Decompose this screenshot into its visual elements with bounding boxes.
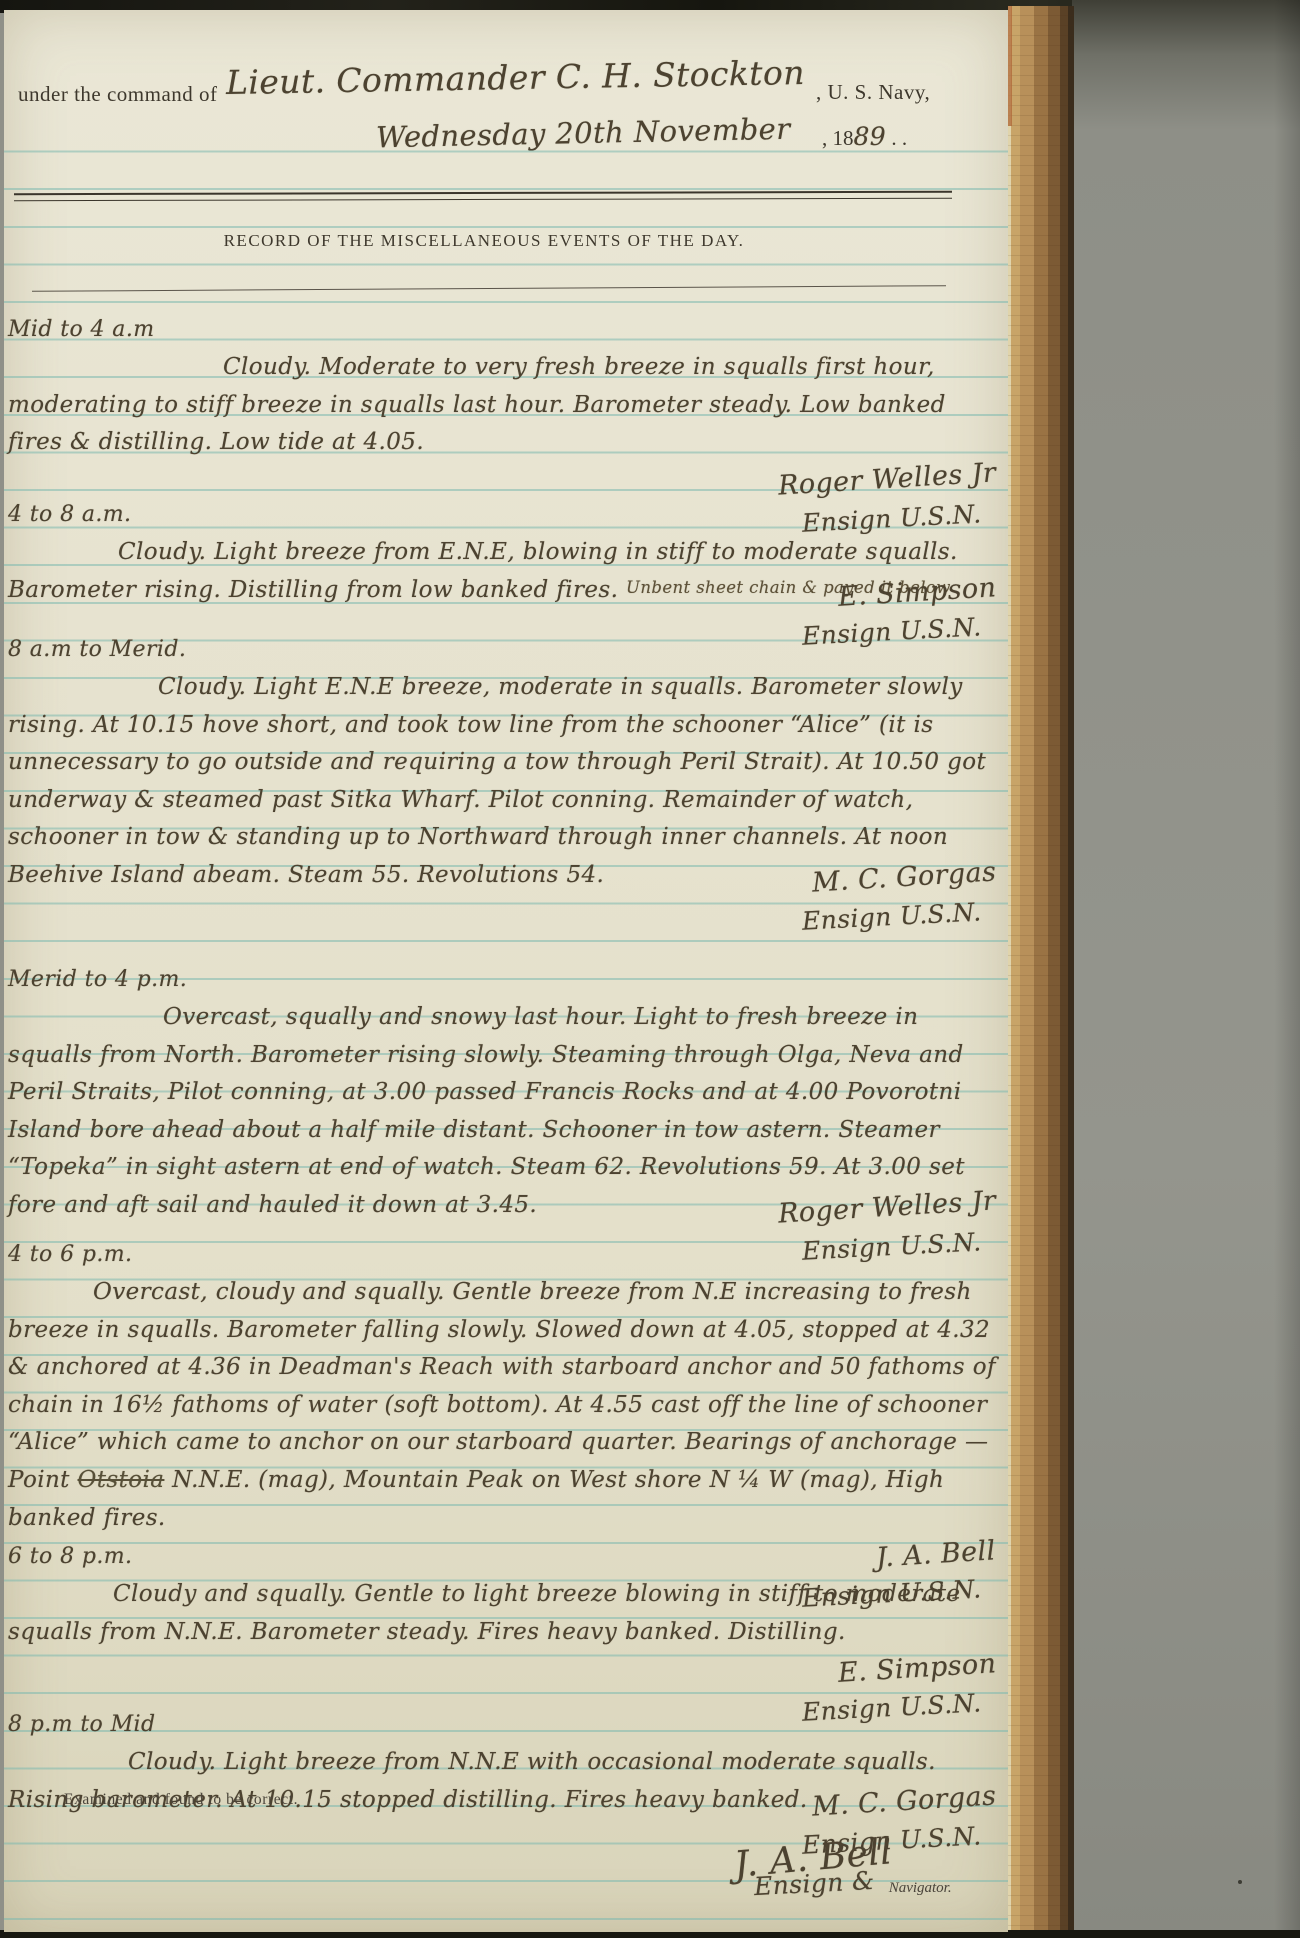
entry-text: Overcast, cloudy and squally. Gentle bre… — [8, 1274, 1006, 1537]
printed-year-dots: . . — [886, 126, 907, 150]
navigator-signature-block: J. A. Bell Ensign &Navigator. — [694, 1838, 994, 1898]
photo-background-right — [1072, 0, 1300, 1938]
watch-period-label: 6 to 8 p.m. — [8, 1544, 1006, 1576]
entry-text-main: Overcast, cloudy and squally. Gentle bre… — [8, 1279, 996, 1493]
logbook-page: under the command of Lieut. Commander C.… — [4, 10, 1008, 1932]
year-line: , 1889 . . — [822, 122, 907, 151]
entry-text-main: Overcast, squally and snowy last hour. L… — [8, 1004, 965, 1218]
navigator-signature-rank: Ensign & — [753, 1866, 875, 1901]
watch-period-label: 8 a.m to Merid. — [8, 637, 1006, 669]
entry-text: Cloudy. Moderate to very fresh breeze in… — [8, 349, 1006, 462]
signature-rank: Ensign U.S.N. — [802, 894, 983, 939]
printed-navigator-label: Navigator. — [889, 1880, 952, 1897]
entry-text-struck-word: Otstoia — [78, 1467, 165, 1493]
date-handwritten: Wednesday 20th November — [376, 112, 791, 155]
printed-us-navy: , U. S. Navy, — [816, 80, 930, 105]
watch-period-label: Merid to 4 p.m. — [8, 967, 1006, 999]
commander-name-handwritten: Lieut. Commander C. H. Stockton — [226, 53, 805, 102]
book-page-stack-edge — [1008, 6, 1074, 1932]
watch-period-label: 4 to 8 a.m. — [8, 502, 1006, 534]
year-handwritten: 89 — [854, 122, 887, 151]
watch-period-label: 8 p.m to Mid — [8, 1712, 1006, 1744]
entry-text-main: Cloudy and squally. Gentle to light bree… — [8, 1581, 960, 1645]
entry-text: Cloudy and squally. Gentle to light bree… — [8, 1576, 1006, 1651]
watch-period-label: 4 to 6 p.m. — [8, 1242, 1006, 1274]
entry-text-main: Cloudy. Light E.N.E breeze, moderate in … — [8, 674, 986, 888]
log-entry-merid-to-4pm: Merid to 4 p.m. Overcast, squally and sn… — [8, 967, 1006, 1268]
entry-text-main: Cloudy. Moderate to very fresh breeze in… — [8, 354, 946, 455]
watch-period-label: Mid to 4 a.m — [8, 317, 1006, 349]
log-entry-8am-to-merid: 8 a.m to Merid. Cloudy. Light E.N.E bree… — [8, 637, 1006, 938]
heading-underrule — [32, 285, 946, 292]
log-entry-4-to-8am: 4 to 8 a.m. Cloudy. Light breeze from E.… — [8, 502, 1006, 653]
printed-year-prefix: , 18 — [822, 126, 854, 150]
log-entry-6-to-8pm: 6 to 8 p.m. Cloudy and squally. Gentle t… — [8, 1544, 1006, 1729]
header-double-rule — [14, 191, 952, 201]
printed-command-prefix: under the command of — [18, 82, 218, 107]
photo-artifact-dot — [1238, 1880, 1242, 1884]
section-title: RECORD OF THE MISCELLANEOUS EVENTS OF TH… — [4, 231, 964, 251]
printed-examined-statement: Examined and found to be correct. — [64, 1791, 298, 1809]
